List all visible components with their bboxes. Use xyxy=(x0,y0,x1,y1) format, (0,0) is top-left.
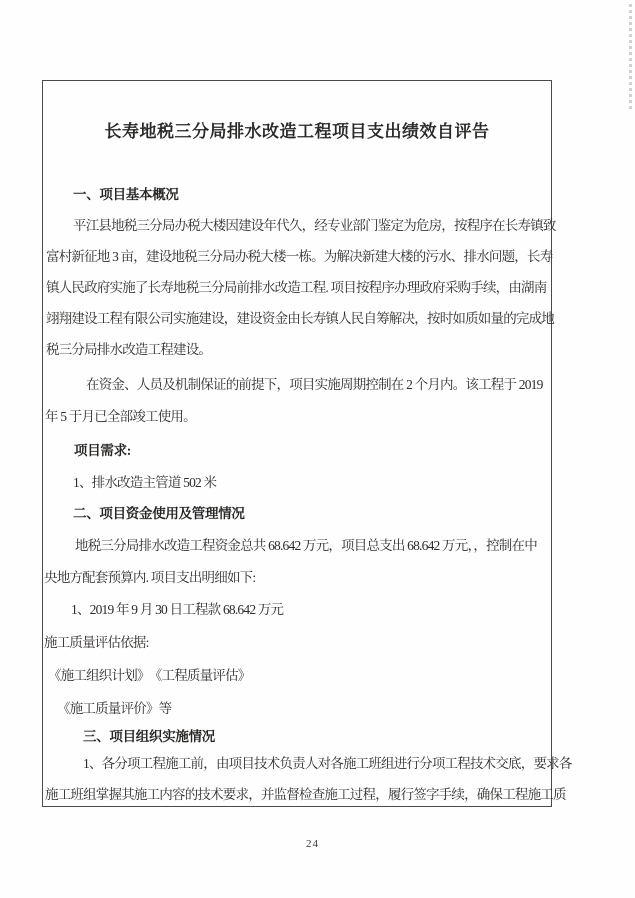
document-title: 长寿地税三分局排水改造工程项目支出绩效自评告 xyxy=(43,117,551,142)
heading-section-2: 二、项目资金使用及管理情况 xyxy=(73,505,245,522)
expenditure-item-1: 1、2019 年 9 月 30 日工程款 68.642 万元 xyxy=(71,601,283,618)
document-border-frame: 长寿地税三分局排水改造工程项目支出绩效自评告 一、项目基本概况 平江县地税三分局… xyxy=(42,80,552,807)
heading-project-requirements: 项目需求: xyxy=(74,442,131,459)
page-number: 24 xyxy=(306,838,319,850)
reference-documents-line-2: 《施工质量评价》等 xyxy=(57,700,171,717)
para-funds-line-2: 央地方配套预算内. 项目支出明细如下: xyxy=(44,569,255,586)
para-schedule-line-2: 年 5 于月已全部竣工使用。 xyxy=(45,408,196,425)
reference-documents-line-1: 《施工组织计划》 《工程质量评估》 xyxy=(48,667,250,684)
requirement-item-1: 1、排水改造主管道 502 米 xyxy=(73,474,216,491)
para-overview-line-5: 税三分局排水改造工程建设。 xyxy=(46,341,211,358)
para-overview-line-4: 翊翔建设工程有限公司实施建设，建设资金由长寿镇人民自筹解决，按时如质如量的完成地 xyxy=(46,310,554,327)
heading-section-3: 三、项目组织实施情况 xyxy=(83,728,215,745)
scan-artifact-streak xyxy=(629,4,632,112)
para-overview-line-3: 镇人民政府实施了长寿地税三分局前排水改造工程. 项目按程序办理政府采购手续，由湖… xyxy=(46,279,546,296)
para-funds-line-1: 地税三分局排水改造工程资金总共 68.642 万元，项目总支出 68.642 万… xyxy=(75,537,537,554)
para-implementation-line-1: 1、各分项工程施工前，由项目技术负责人对各施工班组进行分项工程技术交底，要求各 xyxy=(83,755,572,772)
para-schedule-line-1: 在资金、人员及机制保证的前提下，项目实施周期控制在 2 个月内。该工程于 201… xyxy=(86,376,543,393)
para-implementation-line-2: 施工班组掌握其施工内容的技术要求，并监督检查施工过程，履行签字手续，确保工程施工… xyxy=(45,786,566,803)
scanned-document-page: 长寿地税三分局排水改造工程项目支出绩效自评告 一、项目基本概况 平江县地税三分局… xyxy=(0,0,635,898)
para-overview-line-1: 平江县地税三分局办税大楼因建设年代久，经专业部门鉴定为危房，按程序在长寿镇致 xyxy=(73,217,556,234)
para-overview-line-2: 富村新征地 3 亩，建设地税三分局办税大楼一栋。为解决新建大楼的污水、排水问题，… xyxy=(46,248,552,265)
heading-section-1: 一、项目基本概况 xyxy=(73,186,179,203)
label-quality-assessment-basis: 施工质量评估依据: xyxy=(44,634,149,651)
